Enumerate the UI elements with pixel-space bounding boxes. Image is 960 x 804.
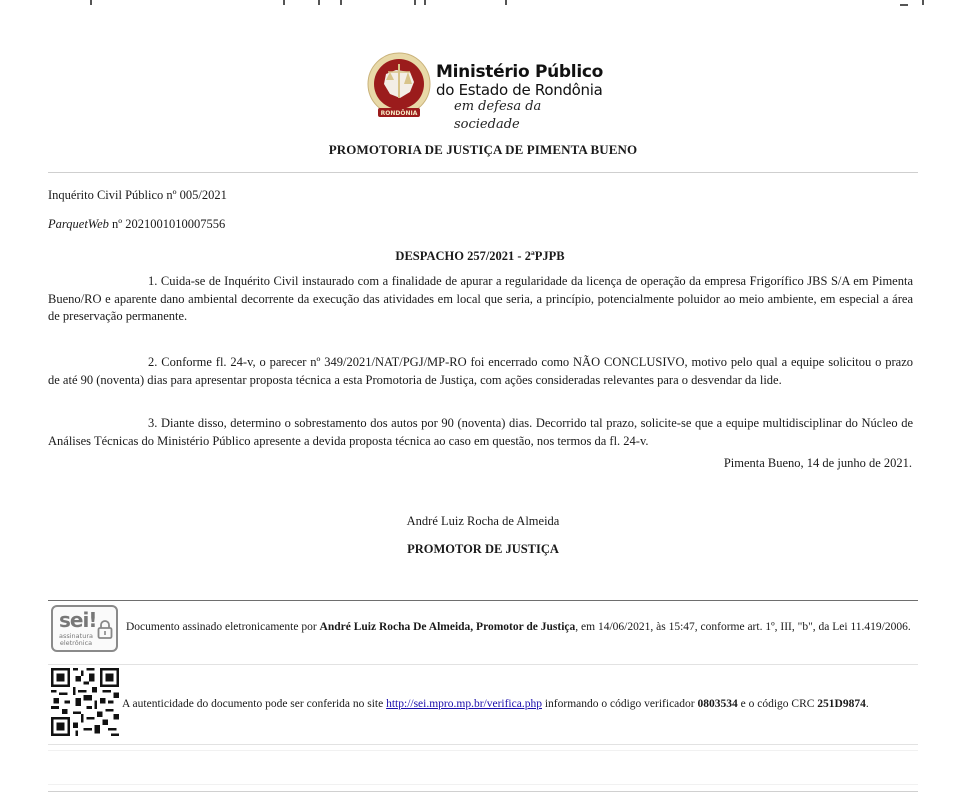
org-name: Ministério Público [436,62,606,82]
parquet-value: nº 2021001010007556 [109,217,225,231]
footer-divider-inner-bottom [48,784,918,785]
sei-badge-caption: assinatura eletrônica [58,633,94,647]
auth-divider [48,664,918,665]
org-subtitle: do Estado de Rondônia [436,82,606,98]
cropped-previous-page-text [0,0,960,6]
signature-statement: Documento assinado eletronicamente por A… [126,620,926,635]
signer-role: PROMOTOR DE JUSTIÇA [0,542,960,557]
qr-code-icon [51,668,119,736]
org-motto: em defesa da sociedade [454,98,606,134]
electronic-signature-block: sei! assinatura eletrônica Documento ass… [48,600,918,662]
seal-emblem-icon: RONDÔNIA [366,52,432,122]
paragraph-3: 3. Diante disso, determino o sobrestamen… [48,415,913,450]
signer-name: André Luiz Rocha de Almeida [0,514,960,529]
institution-logo: RONDÔNIA Ministério Público do Estado de… [366,52,606,126]
svg-text:RONDÔNIA: RONDÔNIA [381,110,418,117]
sei-signature-badge: sei! assinatura eletrônica [51,605,118,652]
authenticity-block: A autenticidade do documento pode ser co… [48,668,918,742]
footer-divider-top [48,744,918,745]
parquet-label: ParquetWeb [48,217,109,231]
footer-divider-bottom [48,791,918,792]
authenticity-statement: A autenticidade do documento pode ser co… [122,698,869,710]
header-divider [48,172,918,173]
lock-icon [97,619,113,639]
office-title: PROMOTORIA DE JUSTIÇA DE PIMENTA BUENO [0,142,960,158]
parquet-web-number: ParquetWeb nº 2021001010007556 [48,217,225,232]
place-date: Pimenta Bueno, 14 de junho de 2021. [724,456,912,471]
paragraph-1: 1. Cuida-se de Inquérito Civil instaurad… [48,273,913,326]
verification-link[interactable]: http://sei.mpro.mp.br/verifica.php [386,698,542,710]
crc-code: 251D9874 [817,698,866,710]
sei-logo-text: sei! [59,608,96,632]
inquerito-number: Inquérito Civil Público nº 005/2021 [48,188,227,203]
paragraph-2: 2. Conforme fl. 24-v, o parecer nº 349/2… [48,354,913,389]
document-title: DESPACHO 257/2021 - 2ªPJPB [0,249,960,264]
footer-divider-inner [48,750,918,751]
verifier-code: 0803534 [698,698,738,710]
signature-signer: André Luiz Rocha De Almeida, Promotor de… [320,621,576,633]
